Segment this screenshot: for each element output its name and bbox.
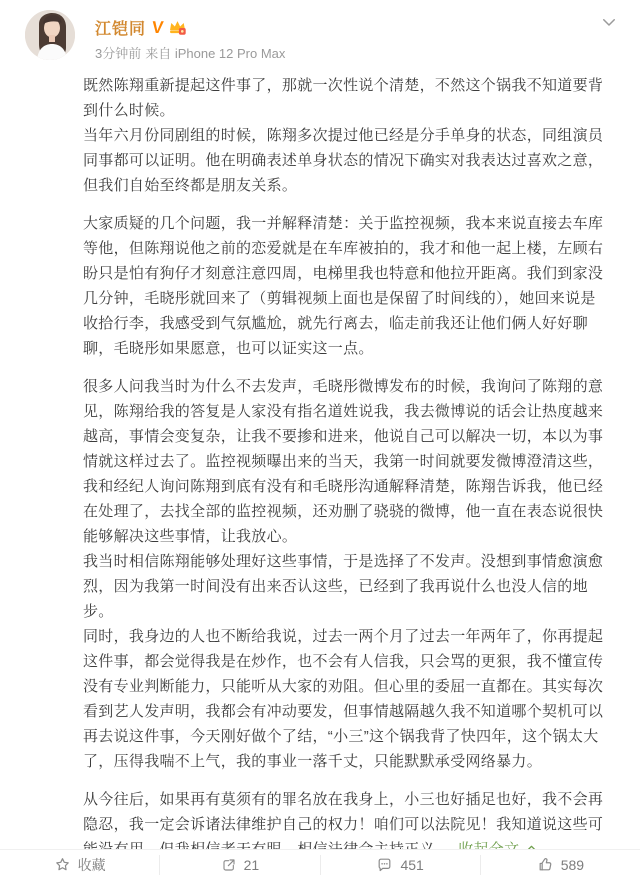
user-portrait-image	[25, 47, 75, 60]
post-paragraph: 当年六月份同剧组的时候，陈翔多次提过他已经是分手单身的状态，同组演员同事都可以证…	[83, 123, 608, 198]
comment-count: 451	[400, 857, 423, 873]
post-paragraph: 我当时相信陈翔能够处理好这些事情，于是选择了不发声。没想到事情愈演愈烈，因为我第…	[83, 549, 608, 624]
verified-v-icon: V	[151, 19, 164, 36]
post-meta: 3分钟前来自 iPhone 12 Pro Max	[95, 43, 285, 62]
vip-crown-icon	[168, 19, 187, 35]
like-button[interactable]: 589	[481, 850, 640, 879]
repost-count: 21	[244, 857, 260, 873]
thumbs-up-icon	[537, 856, 554, 873]
post-source: 来自 iPhone 12 Pro Max	[145, 46, 285, 61]
post-paragraph: 同时，我身边的人也不断给我说，过去一两个月了过去一年两年了，你再提起这件事，都会…	[83, 624, 608, 774]
repost-icon	[221, 857, 237, 873]
favorite-label: 收藏	[78, 855, 106, 875]
favorite-button[interactable]: 收藏	[0, 850, 159, 879]
post-content: 既然陈翔重新提起这件事了，那就一次性说个清楚，不然这个锅我不知道要背到什么时候。…	[83, 73, 608, 862]
comment-button[interactable]: 451	[321, 850, 480, 879]
comment-bubble-icon	[376, 856, 393, 873]
repost-button[interactable]: 21	[160, 850, 319, 879]
star-icon	[54, 856, 71, 873]
post-paragraph: 既然陈翔重新提起这件事了，那就一次性说个清楚，不然这个锅我不知道要背到什么时候。	[83, 73, 608, 123]
like-count: 589	[561, 857, 584, 873]
username[interactable]: 江铠同	[95, 16, 146, 39]
user-avatar[interactable]	[25, 10, 75, 60]
post-paragraph: 大家质疑的几个问题，我一并解释清楚：关于监控视频，我本来说直接去车库等他，但陈翔…	[83, 211, 608, 361]
chevron-down-icon[interactable]	[600, 13, 618, 31]
action-toolbar: 收藏 21 451 589	[0, 849, 640, 879]
post-timestamp: 3分钟前	[95, 46, 141, 61]
post-paragraph: 很多人问我当时为什么不去发声，毛晓彤微博发布的时候，我询问了陈翔的意见，陈翔给我…	[83, 374, 608, 549]
